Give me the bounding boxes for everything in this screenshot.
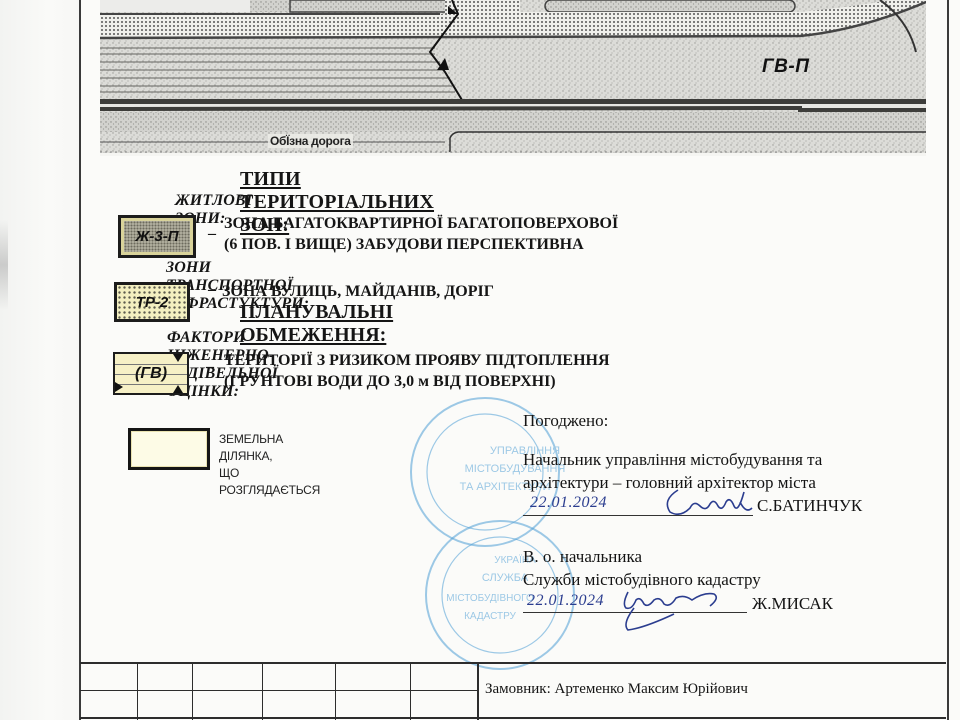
legend-line: ЗОНА БАГАТОКВАРТИРНОЇ БАГАТОПОВЕРХОВОЇ [224, 213, 618, 234]
legend-description-residential: ЗОНА БАГАТОКВАРТИРНОЇ БАГАТОПОВЕРХОВОЇ (… [224, 213, 618, 255]
signatory-2-name: Ж.МИСАК [752, 592, 833, 615]
swatch-code: ТР-2 [136, 294, 169, 311]
swatch-transport-zone: ТР-2 [114, 282, 190, 322]
legend-line: (ГРУНТОВІ ВОДИ ДО 3,0 м ВІД ПОВЕРХНІ) [224, 371, 610, 392]
legend-line: (6 ПОВ. І ВИЩЕ) ЗАБУДОВИ ПЕРСПЕКТИВНА [224, 234, 618, 255]
signatory-1-name: С.БАТИНЧУК [757, 494, 862, 517]
legend-line: ЗОНА ВУЛИЦЬ, МАЙДАНІВ, ДОРІГ [222, 281, 494, 302]
stamp-text: МІСТОБУДІВНОГО [446, 593, 534, 604]
legend-line: ЗЕМЕЛЬНА ДІЛЯНКА, [219, 431, 320, 465]
map-road-label: ОбЇзна дорога [268, 134, 353, 148]
position-line: Начальник управління містобудування та [523, 448, 822, 471]
title-block-rule [410, 662, 411, 720]
signatory-2-date: 22.01.2024 [527, 592, 604, 610]
legend-land-plot-label: ЗЕМЕЛЬНА ДІЛЯНКА, ЩО РОЗГЛЯДАЄТЬСЯ [219, 431, 320, 499]
legend-line: ТЕРИТОРІЇ З РИЗИКОМ ПРОЯВУ ПІДТОПЛЕННЯ [224, 350, 610, 371]
signatory-1-date: 22.01.2024 [530, 494, 607, 512]
legend-dash: – [208, 281, 216, 299]
swatch-code: Ж-3-П [135, 228, 178, 245]
signature-2 [614, 584, 734, 634]
title-block-rule [80, 717, 946, 719]
title-block-rule [137, 662, 138, 720]
approval-agreed-label: Погоджено: [523, 409, 608, 432]
triangle-marker-icon [173, 354, 183, 362]
title-block-rule [80, 662, 946, 664]
legend-line: ЩО РОЗГЛЯДАЄТЬСЯ [219, 465, 320, 499]
scan-smudge [0, 220, 8, 310]
swatch-groundwater: (ГВ) [113, 352, 189, 395]
title-block-rule [192, 662, 193, 720]
customer-name: Замовник: Артеменко Максим Юрійович [485, 681, 748, 698]
swatch-code: (ГВ) [135, 365, 167, 383]
title-block-rule [477, 662, 479, 720]
title-block-rule [80, 690, 477, 691]
zoning-map: ГВ-П ОбЇзна дорога [100, 0, 926, 156]
map-zone-label: ГВ-П [762, 56, 809, 78]
swatch-land-plot [128, 428, 210, 470]
legend-dash: – [206, 358, 214, 376]
legend-dash: – [208, 225, 216, 243]
title-block-rule [262, 662, 263, 720]
title-block-rule [335, 662, 336, 720]
triangle-marker-icon [173, 385, 183, 393]
swatch-residential-zone: Ж-3-П [118, 215, 196, 258]
signature-1 [660, 486, 760, 520]
legend-description-groundwater: ТЕРИТОРІЇ З РИЗИКОМ ПРОЯВУ ПІДТОПЛЕННЯ (… [224, 350, 610, 392]
triangle-marker-icon [115, 382, 123, 392]
stamp-text: СЛУЖБА [482, 572, 529, 584]
position-line: В. о. начальника [523, 545, 761, 568]
scan-margin [0, 0, 80, 720]
legend-description-transport: ЗОНА ВУЛИЦЬ, МАЙДАНІВ, ДОРІГ [222, 281, 494, 302]
map-drawing [100, 0, 926, 156]
stamp-text: КАДАСТРУ [464, 611, 516, 622]
